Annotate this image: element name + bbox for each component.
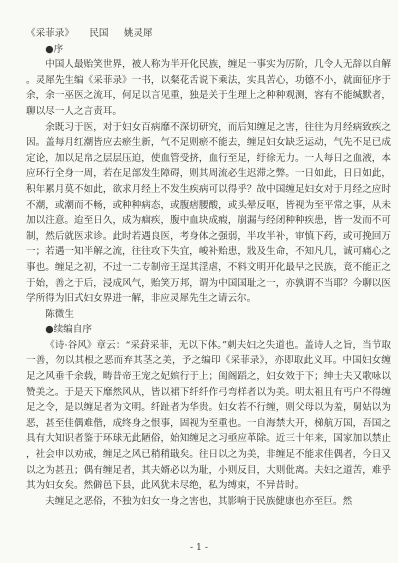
section-heading-sequel-preface: ●续编自序 [26,322,391,338]
document-page: 《采菲录》民国姚灵犀 ●序 中国人最贻笑世界，被人称为半开化民族，缠足一事实为厉… [0,0,398,563]
section-bullet-icon: ● [45,44,53,55]
paragraph-2: 余既习于医，对于妇女百病靡不深切研究，而后知缠足之害，往往为月经病致疾之因。盖每… [26,120,391,307]
page-number: - 1 - [0,540,398,556]
section-title: 序 [54,44,64,55]
paragraph-4: 夫缠足之恶俗，不独为妇女一身之害也，其影响于民族健康也亦至巨。然 [26,494,391,510]
section-bullet-icon: ● [45,324,53,335]
book-title-line: 《采菲录》民国姚灵犀 [26,26,391,42]
paragraph-1: 中国人最贻笑世界，被人称为半开化民族，缠足一事实为厉阶，几令人无辞以自解。灵犀先… [26,57,391,119]
signature: 陈微生 [26,307,391,323]
dynasty-label: 民国 [89,28,108,39]
section-title: 续编自序 [54,324,92,335]
book-title: 《采菲录》 [26,28,74,39]
paragraph-3: 《诗·谷风》章云：“采葑采菲，无以下体。”刺夫妇之失道也。盖诗人之旨，当节取一善… [26,338,391,494]
author-name: 姚灵犀 [124,28,153,39]
section-heading-preface: ●序 [26,42,391,58]
